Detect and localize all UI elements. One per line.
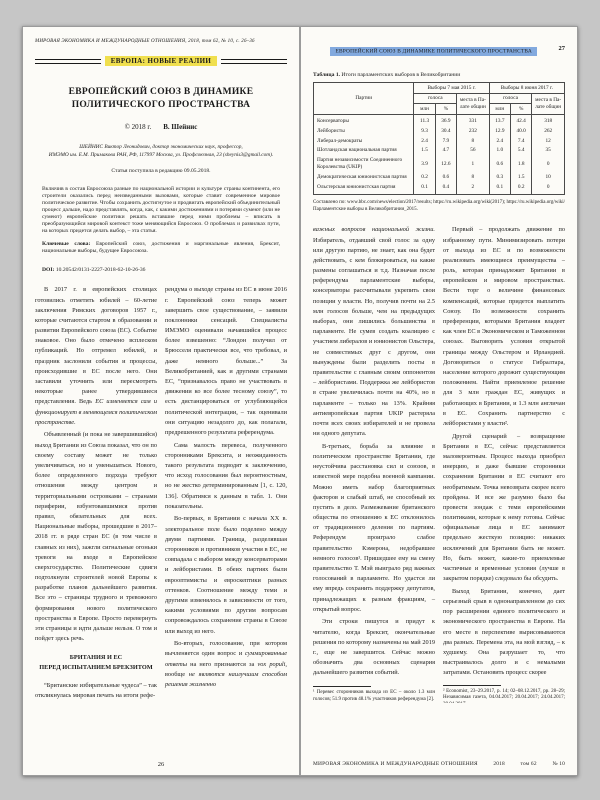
text-column-1: В 2017 г. в европейских столицах готовил… — [35, 285, 157, 723]
party-name-cell: Лейбористы — [314, 126, 414, 136]
col-header-votes-2015: голоса — [414, 93, 457, 104]
value-cell: 8 — [457, 173, 490, 183]
received-date-line: Статья поступила в редакцию 09.05.2018. — [35, 168, 287, 174]
column-4-paragraphs: Первый – продолжать движение по избранно… — [443, 225, 565, 678]
page-number-26: 26 — [23, 761, 299, 768]
journal-footer: МИРОВАЯ ЭКОНОМИКА И МЕЖДУНАРОДНЫЕ ОТНОШЕ… — [313, 761, 565, 767]
value-cell: 3.9 — [414, 156, 435, 173]
footer-year: 2018 — [493, 761, 505, 767]
italic-text-segment: vox populi — [257, 661, 285, 668]
value-cell: 1.8 — [511, 156, 532, 173]
article-title: ЕВРОПЕЙСКИЙ СОЮЗ В ДИНАМИКЕ ПОЛИТИЧЕСКОГ… — [35, 86, 287, 113]
paragraph: Выход Британии, конечно, дает серьезный … — [443, 587, 565, 679]
election-results-table: Партии Выборы 7 мая 2015 г. Выборы 8 июн… — [313, 82, 565, 195]
paragraph: Во-первых, в Британии с начала XX в. эле… — [165, 514, 287, 636]
value-cell: 262 — [532, 126, 565, 136]
right-page: ЕВРОПЕЙСКИЙ СОЮЗ В ДИНАМИКЕ ПОЛИТИЧЕСКОГ… — [300, 26, 578, 776]
value-cell: 40.0 — [511, 126, 532, 136]
col-header-party: Партии — [314, 83, 414, 115]
footnote-1: ¹ Перевес сторонников выхода из ЕС – око… — [313, 690, 435, 704]
text-segment: на него признаются за — [187, 661, 258, 668]
unit-pct-2015: % — [435, 104, 456, 115]
two-page-spread: МИРОВАЯ ЭКОНОМИКА И МЕЖДУНАРОДНЫЕ ОТНОШЕ… — [22, 26, 578, 776]
table-row: Либерал-демократы2.47.982.47.412 — [314, 136, 565, 146]
value-cell: 12 — [532, 136, 565, 146]
footnote-2: ² Economist, 23–29.2017, p. 14; 02–08.12… — [443, 689, 565, 704]
running-header: ЕВРОПЕЙСКИЙ СОЮЗ В ДИНАМИКЕ ПОЛИТИЧЕСКОГ… — [313, 39, 565, 57]
party-name-cell: Шотландская национальная партия — [314, 146, 414, 156]
party-name-cell: Партия независимости Соединенного Короле… — [314, 156, 414, 173]
paragraph: В 2017 г. в европейских столицах готовил… — [35, 285, 157, 428]
section-banner-label: ЕВРОПА: НОВЫЕ РЕАЛИИ — [105, 56, 218, 66]
table-header: Партии Выборы 7 мая 2015 г. Выборы 8 июн… — [314, 83, 565, 115]
col-group-2017: Выборы 8 июня 2017 г. — [489, 83, 564, 94]
italic-text-segment: важных вопросов национальной жизни. — [313, 226, 435, 233]
value-cell: 0.3 — [489, 173, 510, 183]
left-page: МИРОВАЯ ЭКОНОМИКА И МЕЖДУНАРОДНЫЕ ОТНОШЕ… — [22, 26, 300, 776]
table-row: Лейбористы9.330.423212.940.0262 — [314, 126, 565, 136]
value-cell: 1.0 — [489, 146, 510, 156]
paragraph: важных вопросов национальной жизни. Изби… — [313, 225, 435, 439]
paragraph: Во-вторых, голосование, при котором вычл… — [165, 639, 287, 690]
unit-mln-2015: млн — [414, 104, 435, 115]
party-name-cell: Консерваторы — [314, 114, 414, 126]
table-body: Консерваторы11.336.933113.742.4318Лейбор… — [314, 114, 565, 194]
paragraph: Сама малость перевеса, полученного сторо… — [165, 441, 287, 512]
text-segment: В 2017 г. в европейских столицах готовил… — [35, 286, 157, 405]
section-heading: БРИТАНИЯ И ЕС ПЕРЕД ИСПЫТАНИЕМ БРЕКЗИТОМ — [35, 653, 157, 672]
paragraph: “Британские избирательные чудеса” – так … — [35, 681, 157, 701]
author-affiliation: ШЕЙНИС Виктор Леонидович, доктор экономи… — [35, 144, 287, 160]
party-name-cell: Либерал-демократы — [314, 136, 414, 146]
value-cell: 331 — [457, 114, 490, 126]
footer-issue: № 10 — [552, 761, 565, 767]
col-header-seats-2015: места в Па- лате общин — [457, 93, 490, 114]
value-cell: 10 — [532, 173, 565, 183]
footnote-rule — [443, 685, 501, 686]
table-row: Партия независимости Соединенного Короле… — [314, 156, 565, 173]
text-column-4: Первый – продолжать движение по избранно… — [443, 225, 565, 703]
party-name-cell: Демократическая юнионистская партия — [314, 173, 414, 183]
value-cell: 0.2 — [511, 182, 532, 194]
value-cell: 0.4 — [435, 182, 456, 194]
table-row: Консерваторы11.336.933113.742.4318 — [314, 114, 565, 126]
value-cell: 0.6 — [489, 156, 510, 173]
value-cell: 0.6 — [435, 173, 456, 183]
column-3-paragraphs: важных вопросов национальной жизни. Изби… — [313, 225, 435, 678]
table-caption: Таблица 1. Итоги парламентских выборов в… — [313, 72, 565, 78]
paragraph: Объявленный (и пока не завершившийся) вы… — [35, 430, 157, 644]
value-cell: 0.2 — [414, 173, 435, 183]
text-segment: Избиратель, отдавший свой голос за одну … — [313, 237, 435, 438]
paragraph: В-третьих, борьба за влияние в политичес… — [313, 442, 435, 615]
table-caption-label: Таблица 1. — [313, 72, 340, 78]
footnote-rule — [313, 686, 371, 687]
value-cell: 2 — [457, 182, 490, 194]
doi-value: 10.20542/0131-2227-2018-62-10-26-36 — [54, 267, 145, 273]
value-cell: 36.9 — [435, 114, 456, 126]
value-cell: 11.3 — [414, 114, 435, 126]
value-cell: 56 — [457, 146, 490, 156]
footer-journal-name: МИРОВАЯ ЭКОНОМИКА И МЕЖДУНАРОДНЫЕ ОТНОШЕ… — [313, 761, 478, 767]
value-cell: 12.9 — [489, 126, 510, 136]
value-cell: 2.4 — [414, 136, 435, 146]
table-row: Ольстерская юнионистская партия0.10.420.… — [314, 182, 565, 194]
footnote-block-1: ¹ Перевес сторонников выхода из ЕС – око… — [313, 680, 435, 704]
col-header-votes-2017: голоса — [489, 93, 532, 104]
journal-scan: { "colors":{"yellow_highlight":"#f0df4e"… — [0, 0, 600, 800]
journal-citation-line: МИРОВАЯ ЭКОНОМИКА И МЕЖДУНАРОДНЫЕ ОТНОШЕ… — [35, 39, 287, 44]
abstract: Включив в состав Евросоюза разные по нац… — [42, 186, 280, 235]
value-cell: 13.7 — [489, 114, 510, 126]
paragraph: Первый – продолжать движение по избранно… — [443, 225, 565, 429]
footer-volume: том 62 — [521, 761, 537, 767]
text-column-2: рендума о выходе страны из ЕС в июне 201… — [165, 285, 287, 723]
text-column-3: важных вопросов национальной жизни. Изби… — [313, 225, 435, 703]
body-columns-left-page: В 2017 г. в европейских столицах готовил… — [35, 285, 287, 723]
paragraph: Другой сценарий – возвращение Британии в… — [443, 432, 565, 585]
value-cell: 1 — [457, 156, 490, 173]
value-cell: 232 — [457, 126, 490, 136]
unit-pct-2017: % — [511, 104, 532, 115]
running-title: ЕВРОПЕЙСКИЙ СОЮЗ В ДИНАМИКЕ ПОЛИТИЧЕСКОГ… — [330, 47, 537, 56]
copyright-year: © 2018 г. — [125, 123, 152, 131]
value-cell: 9.3 — [414, 126, 435, 136]
section-banner: ЕВРОПА: НОВЫЕ РЕАЛИИ — [35, 56, 287, 66]
banner-rule-left — [35, 59, 101, 64]
banner-rule-right — [221, 59, 287, 64]
value-cell: 1.5 — [414, 146, 435, 156]
value-cell: 0.1 — [489, 182, 510, 194]
col-group-2015: Выборы 7 мая 2015 г. — [414, 83, 489, 94]
value-cell: 30.4 — [435, 126, 456, 136]
value-cell: 8 — [457, 136, 490, 146]
value-cell: 4.7 — [435, 146, 456, 156]
value-cell: 0 — [532, 156, 565, 173]
value-cell: 0 — [532, 182, 565, 194]
keywords-label: Ключевые слова: — [42, 241, 90, 247]
author-name: В. Шейнис — [163, 123, 197, 131]
value-cell: 12.6 — [435, 156, 456, 173]
doi-label: DOI: — [42, 267, 54, 273]
value-cell: 7.4 — [511, 136, 532, 146]
byline: © 2018 г.В. Шейнис — [35, 123, 287, 131]
value-cell: 1.5 — [511, 173, 532, 183]
value-cell: 7.9 — [435, 136, 456, 146]
footnote-block-2: ² Economist, 23–29.2017, p. 14; 02–08.12… — [443, 679, 565, 704]
value-cell: 2.4 — [489, 136, 510, 146]
value-cell: 5.4 — [511, 146, 532, 156]
table-row: Демократическая юнионистская партия0.20.… — [314, 173, 565, 183]
value-cell: 318 — [532, 114, 565, 126]
body-columns-right-page: важных вопросов национальной жизни. Изби… — [313, 225, 565, 703]
value-cell: 0.1 — [414, 182, 435, 194]
page-number-27: 27 — [559, 45, 566, 52]
value-cell: 42.4 — [511, 114, 532, 126]
paragraph: рендума о выходе страны из ЕС в июне 201… — [165, 285, 287, 438]
table-caption-text: Итоги парламентских выборов в Великобрит… — [340, 72, 460, 78]
party-name-cell: Ольстерская юнионистская партия — [314, 182, 414, 194]
value-cell: 35 — [532, 146, 565, 156]
doi-line: DOI: 10.20542/0131-2227-2018-62-10-26-36 — [42, 267, 287, 273]
table-row: Шотландская национальная партия1.54.7561… — [314, 146, 565, 156]
paragraph: Эти строки пишутся и придут к читателю, … — [313, 617, 435, 678]
keywords: Ключевые слова: Европейский союз, достиж… — [42, 241, 280, 255]
table-source-note: Составлено по: www.bbc.com/news/election… — [313, 200, 565, 214]
unit-mln-2017: млн — [489, 104, 510, 115]
col-header-seats-2017: места в Па- лате общин — [532, 93, 565, 114]
